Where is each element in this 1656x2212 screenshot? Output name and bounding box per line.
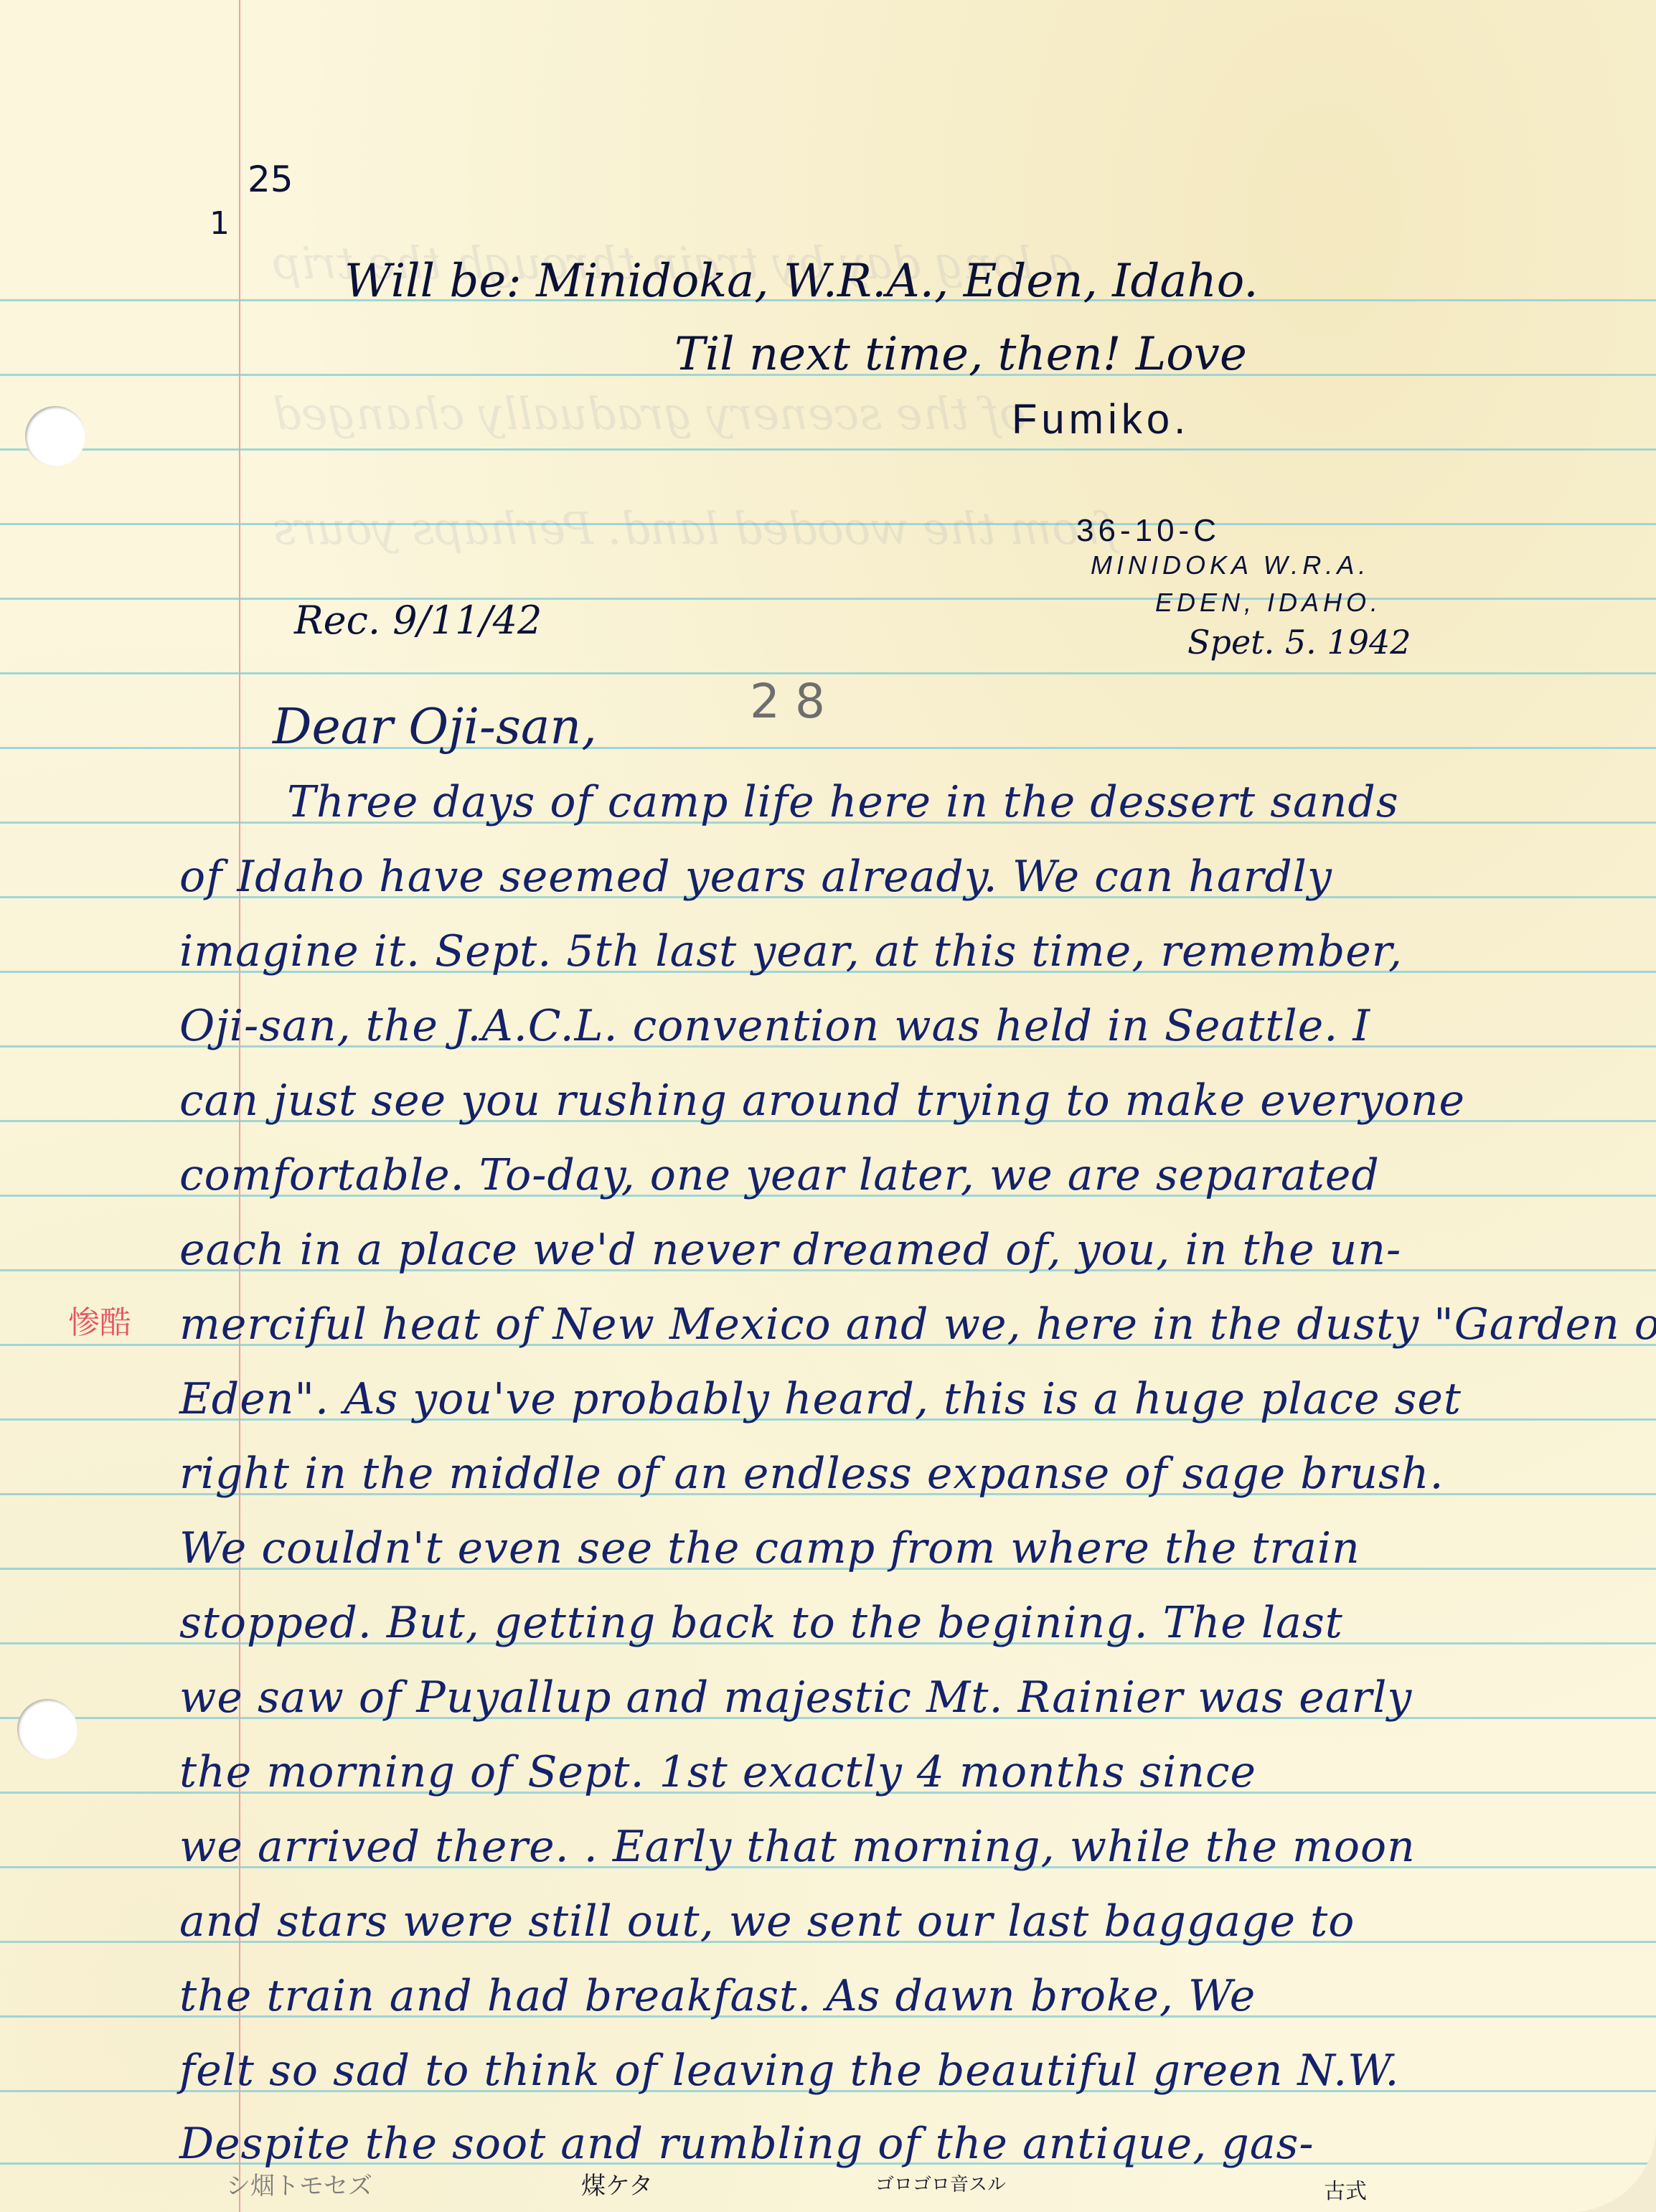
body-line: imagine it. Sept. 5th last year, at this… — [179, 930, 1403, 973]
body-line: Oji-san, the J.A.C.L. convention was hel… — [179, 1004, 1370, 1048]
letter-page: a long day by train through the trip of … — [0, 0, 1656, 2212]
bottom-annotation: 煤ケタ — [581, 2174, 653, 2198]
will-be-address: Will be: Minidoka, W.R.A., Eden, Idaho. — [344, 258, 1259, 304]
letter-date: Spet. 5. 1942 — [1187, 626, 1411, 659]
bottom-annotation: ゴロゴロ音スル — [875, 2175, 1006, 2194]
page-number: 25 — [248, 161, 293, 197]
body-line: each in a place we'd never dreamed of, y… — [179, 1228, 1401, 1271]
bleed-through: from the wooded land. Perhaps yours — [273, 502, 1116, 555]
body-line: right in the middle of an endless expans… — [179, 1452, 1444, 1495]
ruled-line — [0, 747, 1656, 749]
margin-red-annotation: 惨酷 — [68, 1307, 131, 1339]
body-line: the train and had breakfast. As dawn bro… — [179, 1975, 1256, 2018]
bottom-annotation: シ烟トモセズ — [226, 2174, 372, 2198]
bleed-through: of the scenery gradually changed — [273, 387, 1026, 440]
ruled-line — [0, 672, 1656, 674]
body-line: merciful heat of New Mexico and we, here… — [179, 1303, 1656, 1346]
address-camp: MINIDOKA W.R.A. — [1091, 552, 1370, 578]
sign-off: Til next time, then! Love — [674, 331, 1247, 377]
ruled-line — [0, 598, 1656, 600]
address-unit: 36-10-C — [1076, 515, 1220, 547]
body-line: and stars were still out, we sent our la… — [179, 1900, 1355, 1943]
bottom-annotation: 古式 — [1324, 2181, 1367, 2203]
pencil-number: 2 8 — [750, 678, 825, 725]
ruled-line — [0, 448, 1656, 451]
received-note: Rec. 9/11/42 — [294, 601, 542, 640]
punch-hole — [25, 406, 85, 466]
tick-mark: 1 — [210, 208, 230, 240]
signature: Fumiko. — [1012, 399, 1190, 441]
body-line: we arrived there. . Early that morning, … — [179, 1825, 1416, 1868]
punch-hole — [17, 1699, 77, 1759]
body-line: we saw of Puyallup and majestic Mt. Rain… — [179, 1676, 1412, 1719]
body-line: stopped. But, getting back to the begini… — [179, 1601, 1343, 1644]
body-line: the morning of Sept. 1st exactly 4 month… — [179, 1751, 1256, 1794]
body-line: of Idaho have seemed years already. We c… — [179, 855, 1332, 898]
body-line: Three days of camp life here in the dess… — [287, 781, 1399, 824]
salutation: Dear Oji-san, — [273, 703, 597, 752]
address-city: EDEN, IDAHO. — [1155, 590, 1382, 616]
body-line: We couldn't even see the camp from where… — [179, 1527, 1360, 1570]
body-line: Despite the soot and rumbling of the ant… — [179, 2122, 1314, 2165]
body-line: Eden". As you've probably heard, this is… — [179, 1378, 1462, 1421]
body-line: comfortable. To-day, one year later, we … — [179, 1154, 1380, 1197]
body-line: can just see you rushing around trying t… — [179, 1079, 1465, 1122]
body-line: felt so sad to think of leaving the beau… — [179, 2049, 1399, 2092]
